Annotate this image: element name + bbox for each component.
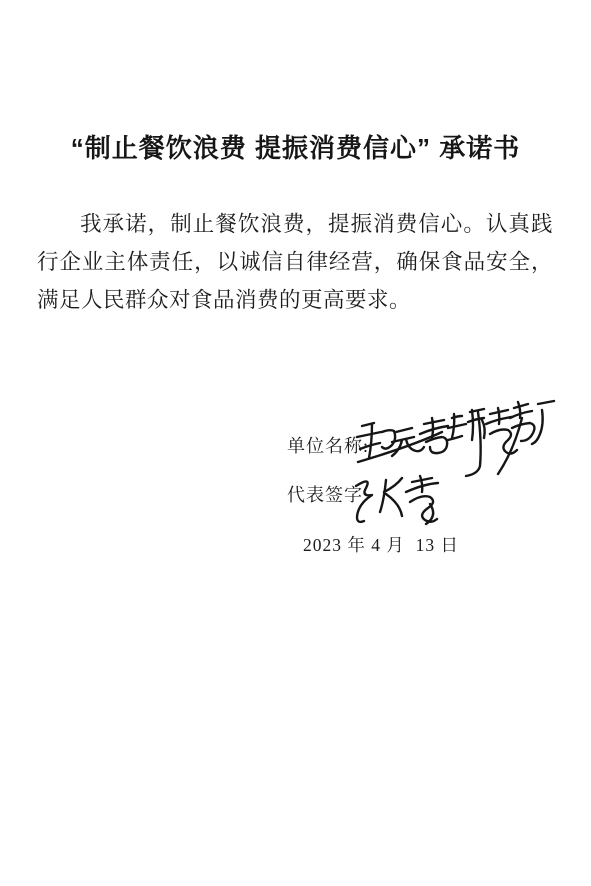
date-line: 2023 年 4 月 13 日 xyxy=(303,535,459,555)
document-title: “制止餐饮浪费 提振消费信心” 承诺书 xyxy=(38,133,553,163)
representative-signature-handwriting: 张秀 xyxy=(346,470,456,533)
commitment-paragraph: 我承诺，制止餐饮浪费，提振消费信心。认真践行企业主体责任，以诚信自律经营，确保食… xyxy=(37,205,553,319)
document-page: “制止餐饮浪费 提振消费信心” 承诺书 我承诺，制止餐饮浪费，提振消费信心。认真… xyxy=(0,0,591,886)
